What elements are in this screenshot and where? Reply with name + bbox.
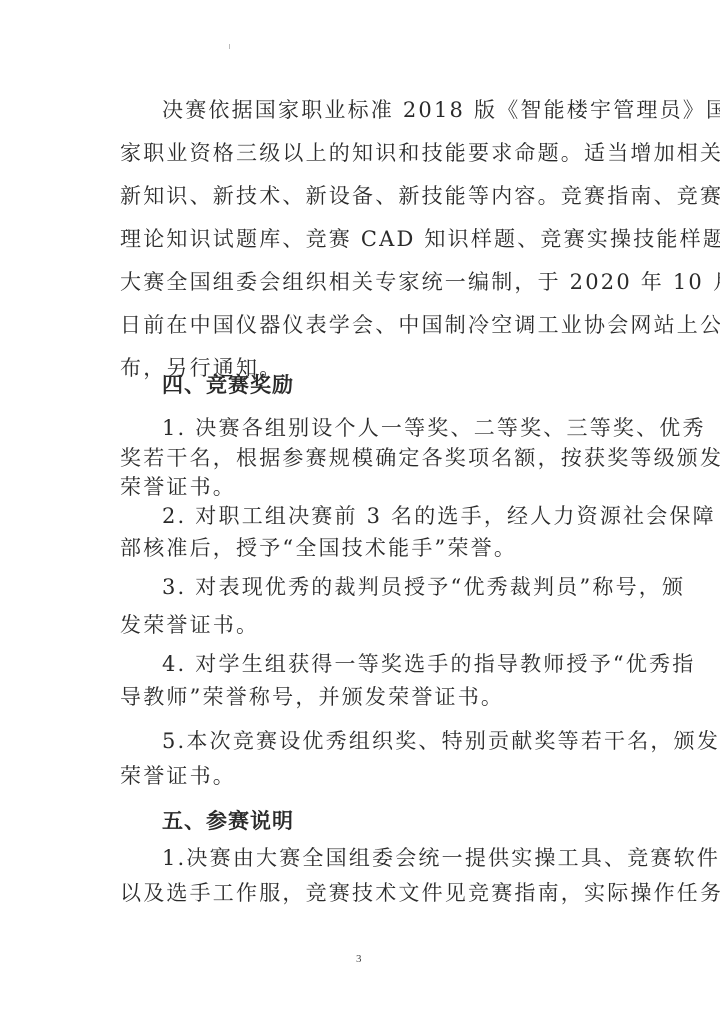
paragraph-line: 大赛全国组委会组织相关专家统一编制，于 2020 年 10 月 19 — [120, 269, 640, 295]
paragraph-line: 家职业资格三级以上的知识和技能要求命题。适当增加相关 — [120, 140, 640, 166]
participation-item-1-line: 以及选手工作服，竞赛技术文件见竞赛指南，实际操作任务 — [120, 880, 640, 906]
award-item-1-line: 荣誉证书。 — [120, 474, 640, 500]
award-item-3-line: 发荣誉证书。 — [120, 612, 640, 638]
award-item-5-line: 5.本次竞赛设优秀组织奖、特别贡献奖等若干名，颁发 — [162, 728, 640, 754]
section-heading-participation: 五、参赛说明 — [162, 808, 682, 834]
award-item-3-line: 3. 对表现优秀的裁判员授予“优秀裁判员”称号，颁 — [162, 574, 640, 600]
award-item-2-line: 部核准后，授予“全国技术能手”荣誉。 — [120, 535, 640, 561]
document-page: 决赛依据国家职业标准 2018 版《智能楼宇管理员》国 家职业资格三级以上的知识… — [0, 0, 720, 1022]
section-heading-awards: 四、竞赛奖励 — [162, 372, 682, 398]
paragraph-line: 新知识、新技术、新设备、新技能等内容。竞赛指南、竞赛 — [120, 183, 640, 209]
award-item-1-line: 1. 决赛各组别设个人一等奖、二等奖、三等奖、优秀 — [162, 415, 640, 441]
scan-mark — [229, 44, 233, 49]
award-item-4-line: 导教师”荣誉称号，并颁发荣誉证书。 — [120, 684, 640, 710]
award-item-2-line: 2. 对职工组决赛前 3 名的选手，经人力资源社会保障 — [162, 503, 640, 529]
paragraph-line: 决赛依据国家职业标准 2018 版《智能楼宇管理员》国 — [162, 97, 640, 123]
award-item-4-line: 4. 对学生组获得一等奖选手的指导教师授予“优秀指 — [162, 651, 640, 677]
participation-item-1-line: 1.决赛由大赛全国组委会统一提供实操工具、竞赛软件 — [162, 845, 640, 871]
paragraph-line: 日前在中国仪器仪表学会、中国制冷空调工业协会网站上公 — [120, 312, 640, 338]
award-item-5-line: 荣誉证书。 — [120, 763, 640, 789]
award-item-1-line: 奖若干名，根据参赛规模确定各奖项名额，按获奖等级颁发 — [120, 445, 640, 471]
page-number: 3 — [356, 953, 362, 965]
paragraph-line: 理论知识试题库、竞赛 CAD 知识样题、竞赛实操技能样题由 — [120, 226, 640, 252]
